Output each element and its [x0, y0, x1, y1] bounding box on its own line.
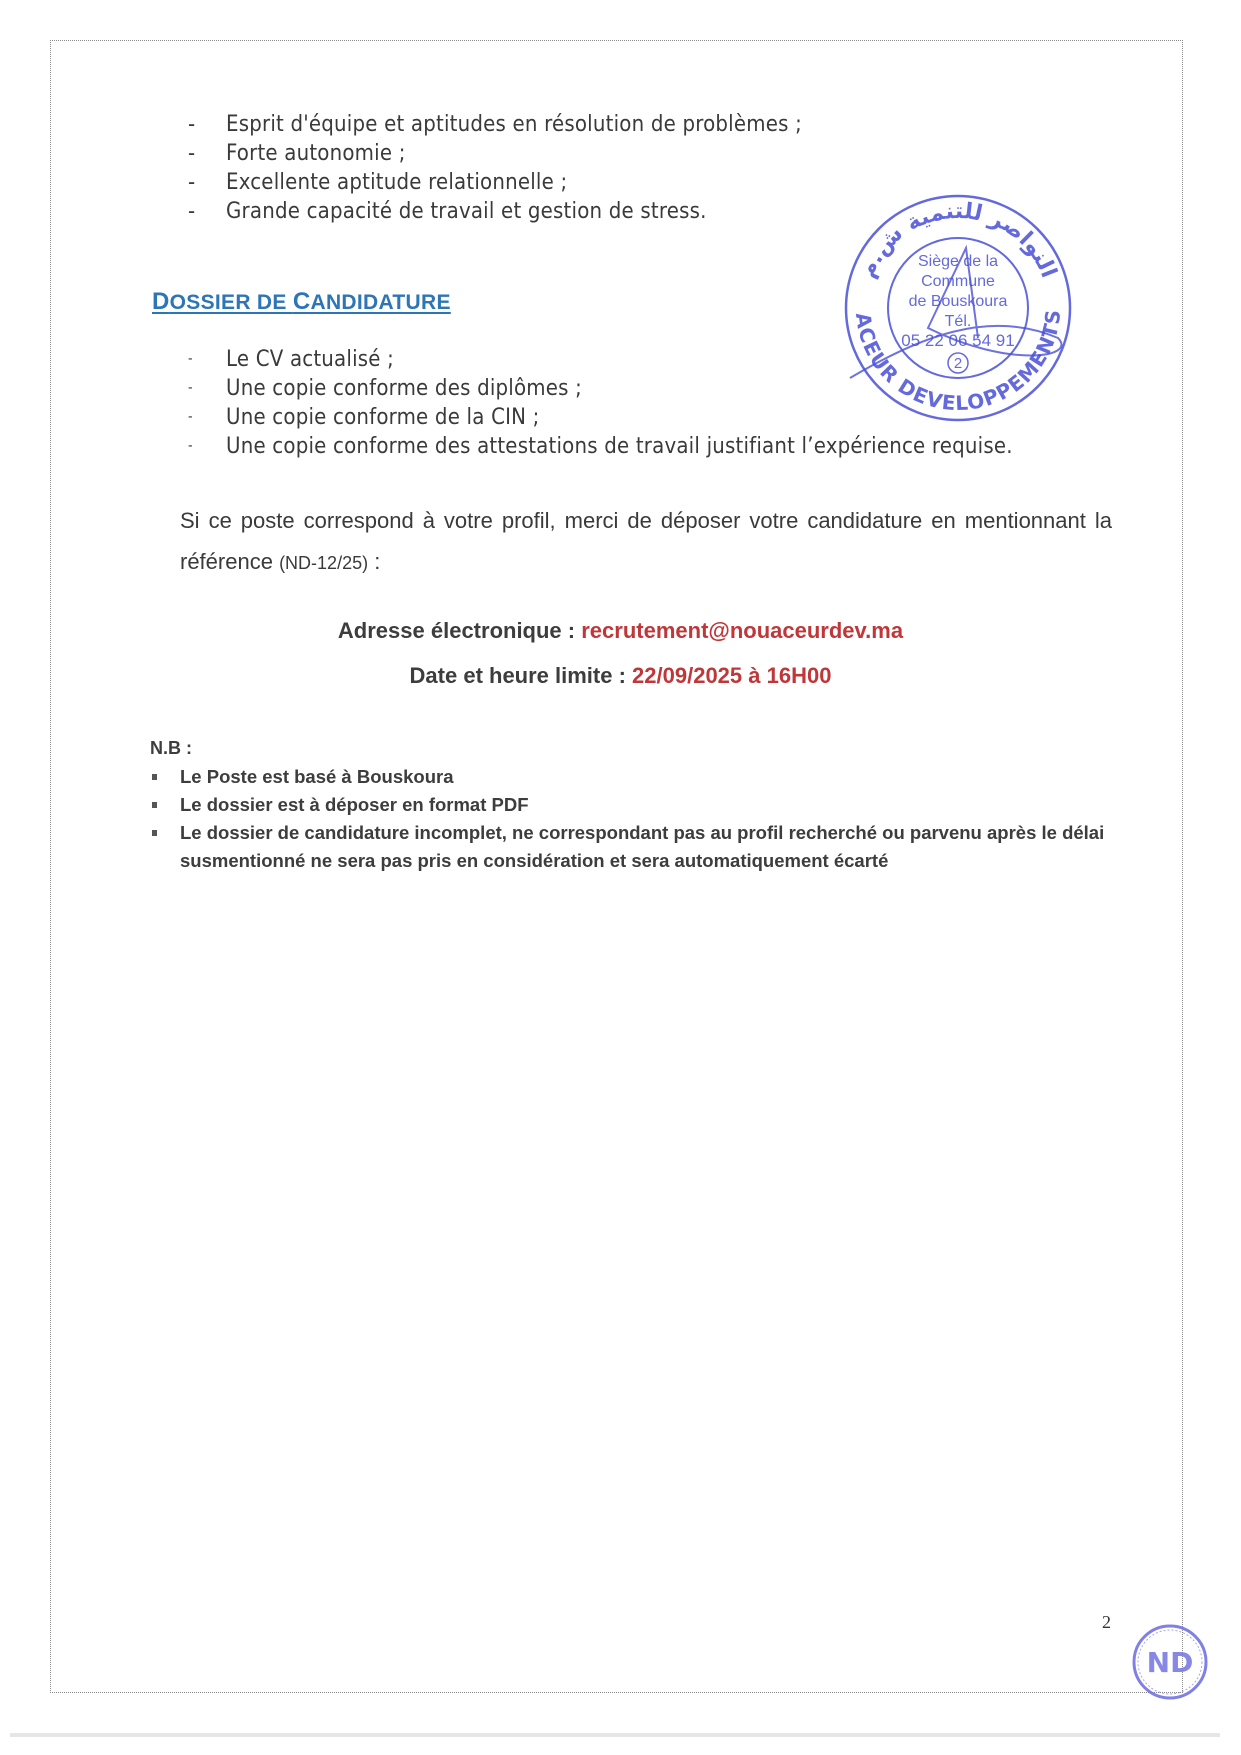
svg-text:2: 2 [954, 355, 962, 372]
svg-text:ND: ND [1147, 1646, 1194, 1679]
instructions-paragraph: Si ce poste correspond à votre profil, m… [180, 500, 1112, 584]
list-item: Le dossier de candidature incomplet, ne … [150, 819, 1120, 875]
skills-list: -Esprit d'équipe et aptitudes en résolut… [188, 110, 802, 226]
nd-logo-stamp-icon: ND [1130, 1620, 1210, 1704]
list-item: Le Poste est basé à Bouskoura [150, 763, 1120, 791]
list-item: -Une copie conforme des attestations de … [188, 432, 1013, 461]
svg-text:Commune: Commune [921, 273, 995, 290]
section-heading: DOSSIER DE CANDIDATURE [152, 288, 451, 316]
bullet-icon [152, 774, 157, 780]
list-item: -Grande capacité de travail et gestion d… [188, 197, 802, 226]
list-item: Le dossier est à déposer en format PDF [150, 791, 1120, 819]
email-line: Adresse électronique : recrutement@nouac… [0, 618, 1241, 644]
page-edge-shadow [10, 1733, 1220, 1737]
deadline-line: Date et heure limite : 22/09/2025 à 16H0… [0, 663, 1241, 689]
list-item: -Esprit d'équipe et aptitudes en résolut… [188, 110, 802, 139]
svg-text:Siège de la: Siège de la [918, 253, 998, 270]
notes-list: Le Poste est basé à Bouskoura Le dossier… [150, 763, 1120, 875]
email-link[interactable]: recrutement@nouaceurdev.ma [581, 618, 903, 643]
bullet-icon [152, 830, 157, 836]
deadline-value: 22/09/2025 à 16H00 [632, 663, 831, 688]
list-item: -Excellente aptitude relationnelle ; [188, 168, 802, 197]
page-number: 2 [1102, 1612, 1111, 1633]
svg-text:Tél.: Tél. [945, 313, 972, 330]
list-item: -Forte autonomie ; [188, 139, 802, 168]
reference-code: (ND-12/25) [279, 553, 368, 573]
bullet-icon [152, 802, 157, 808]
company-stamp-icon: النواصر للتنمية ش.م NOUACEUR DEVELOPPEME… [838, 188, 1078, 428]
svg-text:de Bouskoura: de Bouskoura [909, 293, 1008, 310]
notes-title: N.B : [150, 738, 192, 759]
